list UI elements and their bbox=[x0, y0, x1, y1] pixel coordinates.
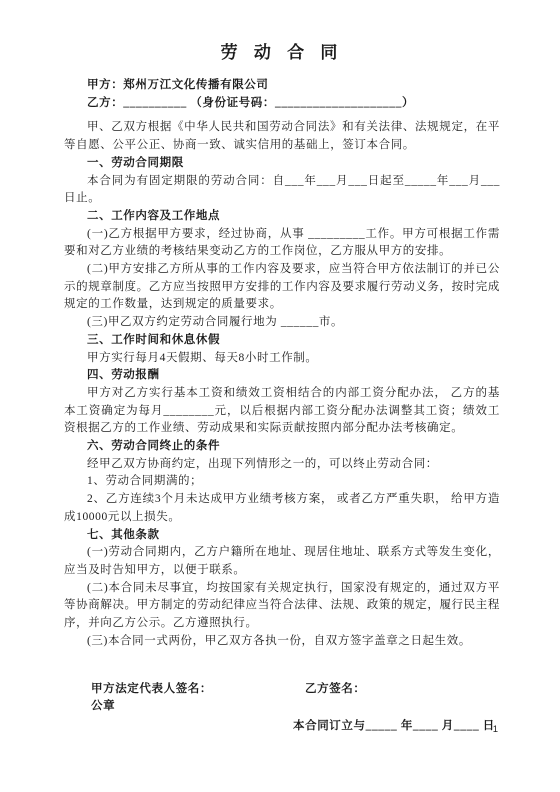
party-a-signature-label: 甲方法定代表人签名： bbox=[91, 683, 212, 695]
contract-date-line: 本合同订立与_____ 年____ 月____ 日 bbox=[293, 718, 500, 736]
section-7-clause-2: (二)本合同未尽事宜，均按国家有关规定执行，国家没有规定的，通过双方平等协商解决… bbox=[64, 580, 500, 633]
preamble-paragraph: 甲、乙双方根据《中华人民共和国劳动合同法》和有关法律、法规规定，在平等自愿、公平… bbox=[64, 119, 500, 154]
contract-content: 劳 动 合 同 甲方：郑州万江文化传播有限公司 乙方：__________ （身… bbox=[64, 42, 500, 736]
seal-label: 公章 bbox=[64, 698, 500, 716]
section-2-clause-2: (二)甲方安排乙方所从事的工作内容及要求，应当符合甲方依法制订的并已公示的规章制… bbox=[64, 261, 500, 314]
section-4-heading: 四、劳动报酬 bbox=[64, 367, 500, 385]
section-1-term-paragraph: 本合同为有固定期限的劳动合同：自___年___月___日起至_____年___月… bbox=[64, 173, 500, 208]
section-7-heading: 七、其他条款 bbox=[64, 527, 500, 545]
contract-title: 劳 动 合 同 bbox=[64, 42, 500, 64]
party-a-line: 甲方：郑州万江文化传播有限公司 bbox=[64, 77, 500, 95]
section-6-item-1: 1、劳动合同期满的； bbox=[64, 473, 500, 491]
page-number: 1 bbox=[493, 724, 498, 735]
section-7-clause-3: (三)本合同一式两份，甲乙双方各执一份，自双方签字盖章之日起生效。 bbox=[64, 633, 500, 651]
contract-page: 劳 动 合 同 甲方：郑州万江文化传播有限公司 乙方：__________ （身… bbox=[0, 0, 560, 792]
section-1-heading: 一、劳动合同期限 bbox=[64, 155, 500, 173]
section-2-clause-3: (三)甲乙双方约定劳动合同履行地为 ______市。 bbox=[64, 314, 500, 332]
section-4-paragraph: 甲方对乙方实行基本工资和绩效工资相结合的内部工资分配办法， 乙方的基本工资确定为… bbox=[64, 385, 500, 438]
section-3-paragraph: 甲方实行每月4天假期、每天8小时工作制。 bbox=[64, 350, 500, 368]
section-3-heading: 三、工作时间和休息休假 bbox=[64, 332, 500, 350]
section-6-paragraph: 经甲乙双方协商约定，出现下列情形之一的，可以终止劳动合同： bbox=[64, 456, 500, 474]
section-2-heading: 二、工作内容及工作地点 bbox=[64, 208, 500, 226]
signature-row: 甲方法定代表人签名： 乙方签名： bbox=[64, 681, 500, 699]
section-6-heading: 六、劳动合同终止的条件 bbox=[64, 438, 500, 456]
section-2-clause-1: (一)乙方根据甲方要求，经过协商，从事 _________工作。甲方可根据工作需… bbox=[64, 226, 500, 261]
section-6-item-2: 2、乙方连续3个月未达成甲方业绩考核方案， 或者乙方严重失职， 给甲方造成100… bbox=[64, 491, 500, 526]
section-7-clause-1: (一)劳动合同期内，乙方户籍所在地址、现居住地址、联系方式等发生变化，应当及时告… bbox=[64, 544, 500, 579]
party-b-signature-label: 乙方签名： bbox=[305, 681, 366, 699]
party-b-line: 乙方：__________ （身份证号码：___________________… bbox=[64, 95, 500, 113]
